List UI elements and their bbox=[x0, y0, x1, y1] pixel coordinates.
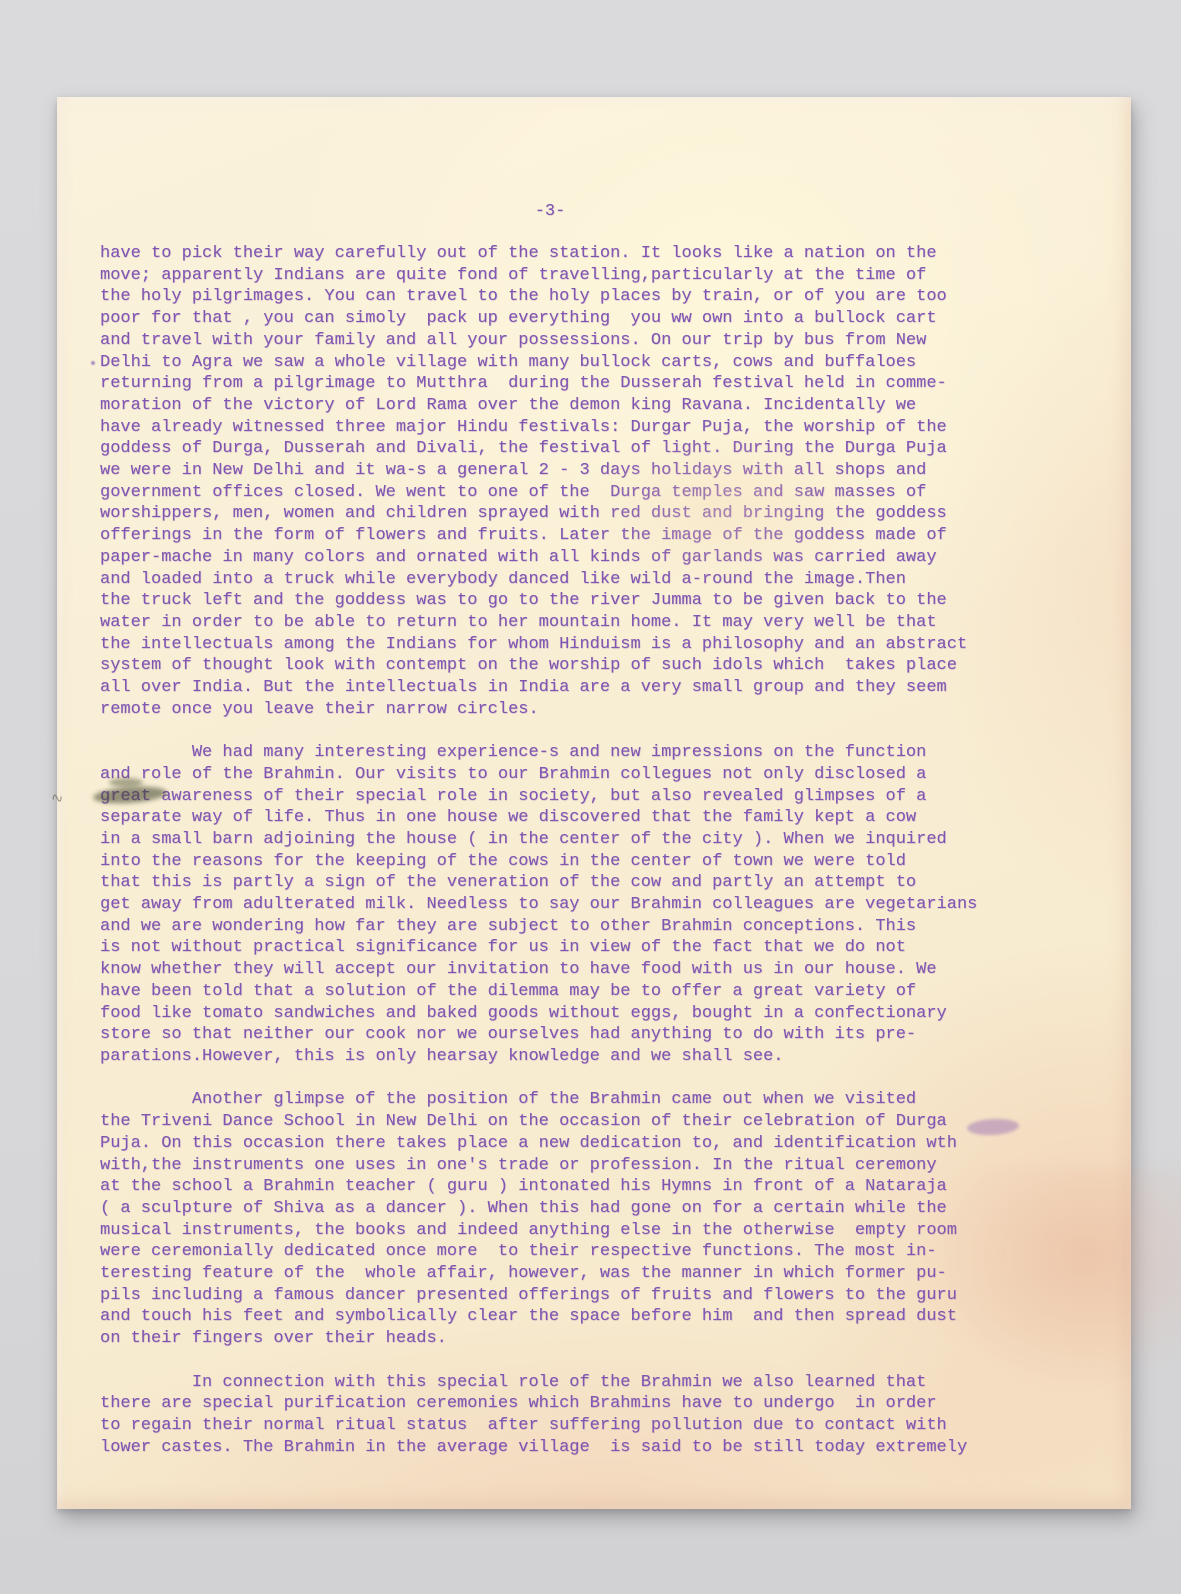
stray-ink-dot bbox=[91, 361, 95, 365]
paragraph-dance-school: Another glimpse of the position of the B… bbox=[100, 1089, 1090, 1349]
paragraph-brahmin-role: We had many interesting experience-s and… bbox=[100, 742, 1090, 1068]
document-page: -3- have to pick their way carefully out… bbox=[57, 97, 1131, 1509]
margin-pencil-mark: ∿ bbox=[49, 788, 63, 809]
scan-background: -3- have to pick their way carefully out… bbox=[0, 0, 1181, 1594]
page-number: -3- bbox=[100, 201, 1000, 223]
typewritten-text: have to pick their way carefully out of … bbox=[100, 243, 1090, 1480]
paragraph-purification: In connection with this special role of … bbox=[100, 1372, 1090, 1459]
paragraph-travel-pilgrimage: have to pick their way carefully out of … bbox=[100, 243, 1090, 720]
